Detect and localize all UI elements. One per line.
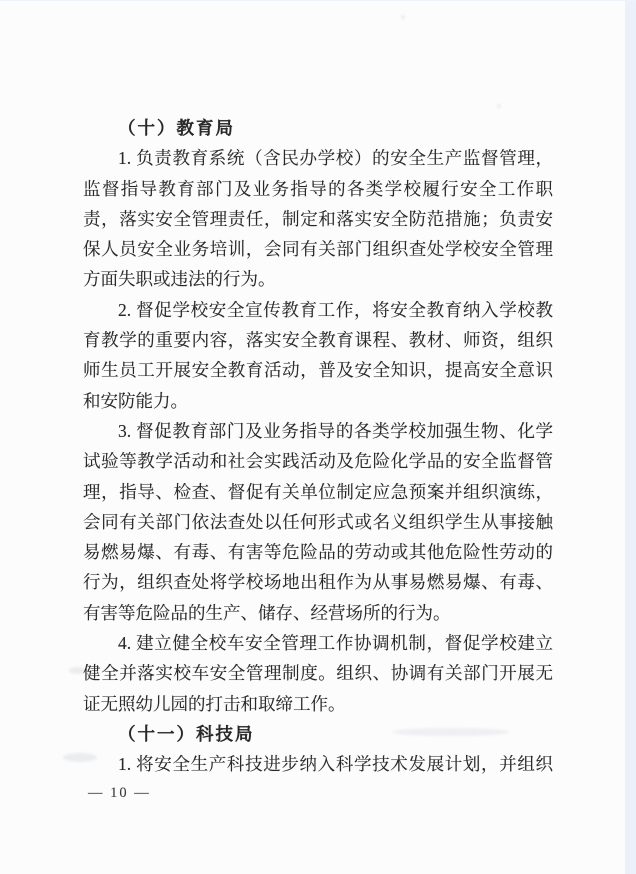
document-page: （十）教育局 1. 负责教育系统（含民办学校）的安全生产监督管理， 监督指导教育… bbox=[0, 0, 636, 874]
document-body: （十）教育局 1. 负责教育系统（含民办学校）的安全生产监督管理， 监督指导教育… bbox=[83, 113, 553, 780]
text-line: 有害等危险品的生产、储存、经营场所的行为。 bbox=[83, 598, 553, 628]
text-line: 易燃易爆、有毒、有害等危险品的劳动或其他危险性劳动的 bbox=[83, 537, 553, 567]
scan-smudge bbox=[392, 728, 510, 736]
text-line: 理，指导、检查、督促有关单位制定应急预案并组织演练， bbox=[83, 477, 553, 507]
text-line: 健全并落实校车安全管理制度。组织、协调有关部门开展无 bbox=[83, 658, 553, 688]
text-line: 3. 督促教育部门及业务指导的各类学校加强生物、化学 bbox=[83, 416, 553, 446]
scan-smudge bbox=[497, 104, 501, 108]
text-line: 会同有关部门依法查处以任何形式或名义组织学生从事接触 bbox=[83, 507, 553, 537]
scan-smudge bbox=[69, 667, 85, 674]
text-line: 行为，组织查处将学校场地出租作为从事易燃易爆、有毒、 bbox=[83, 567, 553, 597]
text-line: 证无照幼儿园的打击和取缔工作。 bbox=[83, 689, 553, 719]
text-line: 保人员安全业务培训，会同有关部门组织查处学校安全管理 bbox=[83, 234, 553, 264]
section-heading-education-bureau: （十）教育局 bbox=[83, 113, 553, 143]
text-line: 监督指导教育部门及业务指导的各类学校履行安全工作职 bbox=[83, 174, 553, 204]
text-line: 1. 负责教育系统（含民办学校）的安全生产监督管理， bbox=[83, 143, 553, 173]
text-line: 师生员工开展安全教育活动，普及安全知识，提高安全意识 bbox=[83, 355, 553, 385]
text-line: 和安防能力。 bbox=[83, 386, 553, 416]
scan-smudge bbox=[63, 753, 97, 762]
text-line: 4. 建立健全校车安全管理工作协调机制，督促学校建立 bbox=[83, 628, 553, 658]
text-line: 方面失职或违法的行为。 bbox=[83, 264, 553, 294]
text-line: 育教学的重要内容，落实安全教育课程、教材、师资，组织 bbox=[83, 325, 553, 355]
text-line: 2. 督促学校安全宣传教育工作，将安全教育纳入学校教 bbox=[83, 295, 553, 325]
text-line: 1. 将安全生产科技进步纳入科学技术发展计划，并组织 bbox=[83, 749, 553, 779]
page-number: — 10 — bbox=[88, 785, 151, 802]
scan-edge-strip bbox=[625, 1, 636, 874]
scan-smudge bbox=[401, 15, 405, 19]
text-line: 试验等教学活动和社会实践活动及危险化学品的安全监督管 bbox=[83, 446, 553, 476]
text-line: 责，落实安全管理责任，制定和落实安全防范措施；负责安 bbox=[83, 204, 553, 234]
